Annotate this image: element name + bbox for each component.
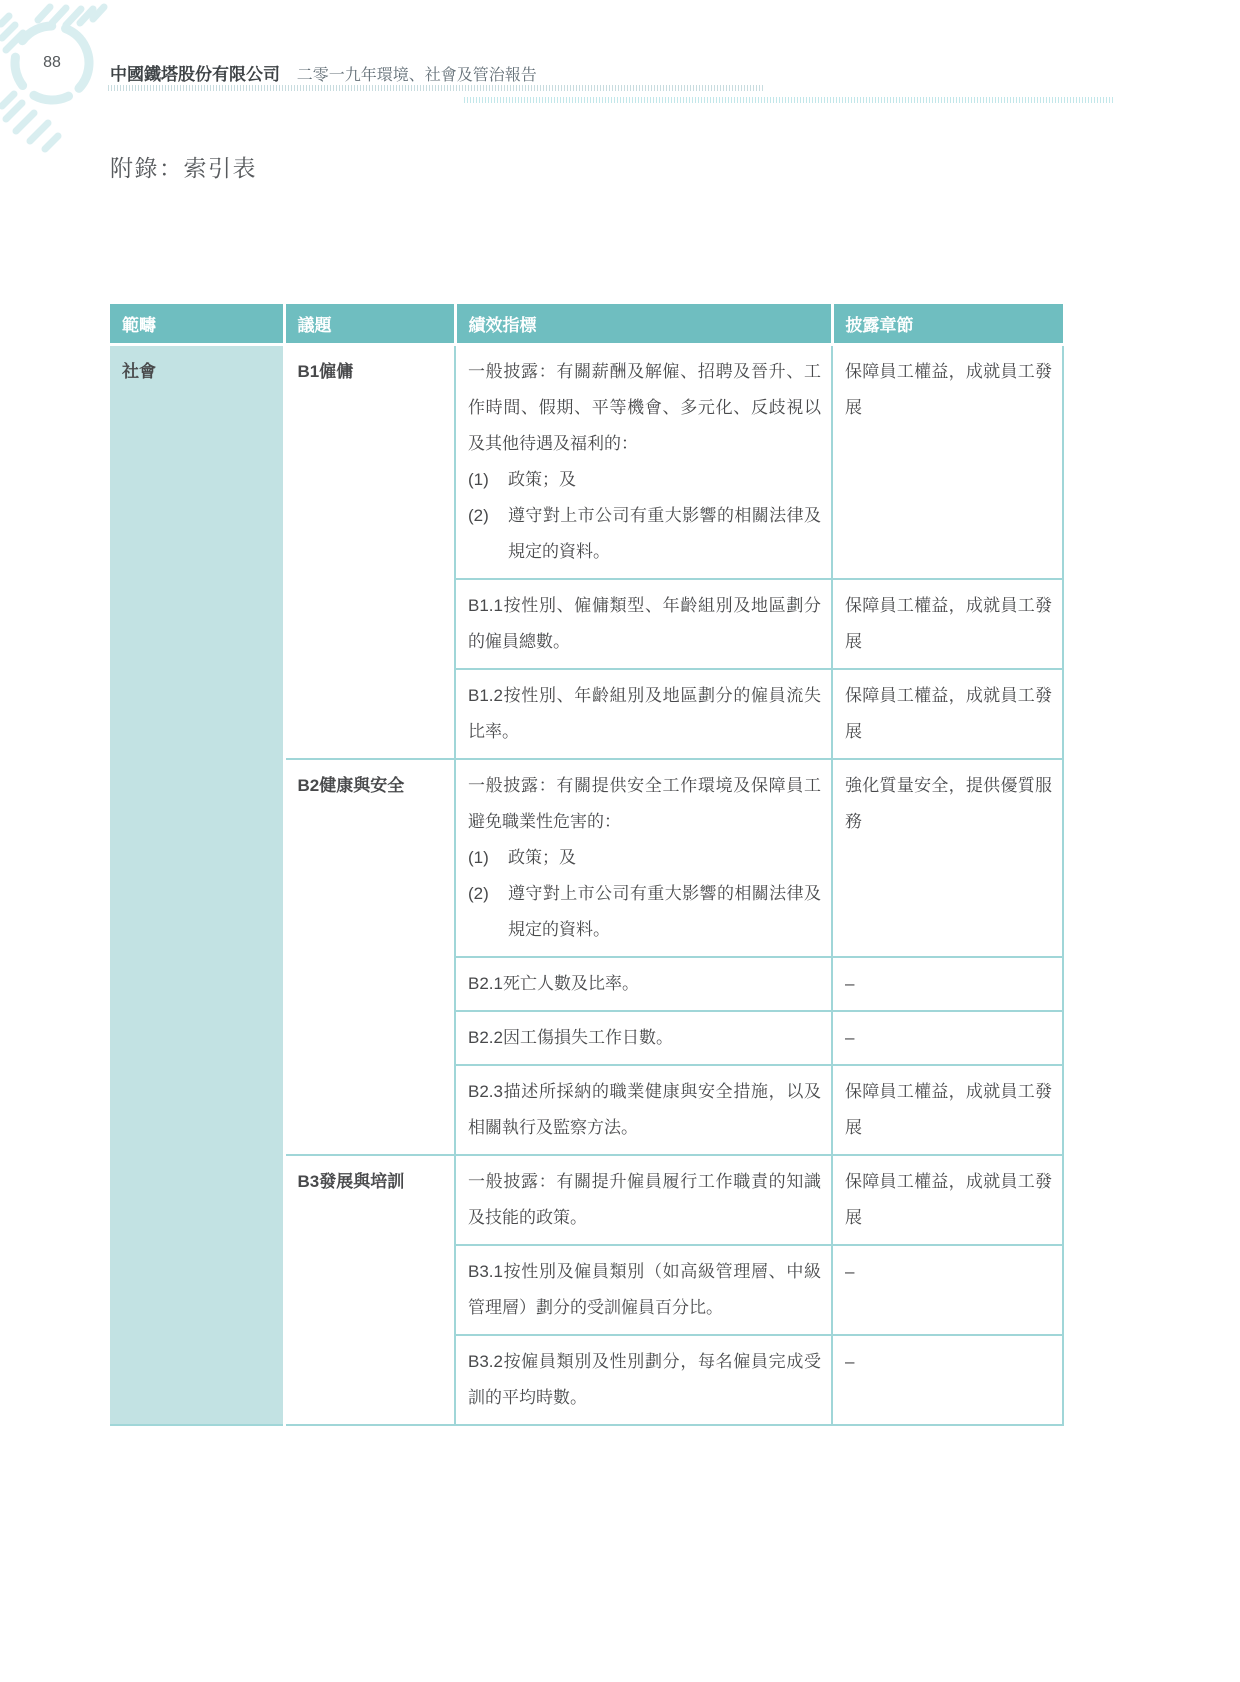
col-header-disclosure: 披露章節: [832, 304, 1063, 344]
kpi-cell-b3-general: 一般披露：有關提升僱員履行工作職責的知識及技能的政策。: [455, 1155, 832, 1245]
disclosure-cell: 保障員工權益，成就員工發展: [832, 669, 1063, 759]
col-header-kpi: 績效指標: [455, 304, 832, 344]
kpi-cell-b3-2: B3.2按僱員類別及性別劃分，每名僱員完成受訓的平均時數。: [455, 1335, 832, 1425]
page-title: 附錄：索引表: [110, 150, 257, 183]
disclosure-cell: –: [832, 1011, 1063, 1065]
kpi-cell-b2-1: B2.1死亡人數及比率。: [455, 957, 832, 1011]
disclosure-cell: 保障員工權益，成就員工發展: [832, 344, 1063, 579]
disclosure-cell: –: [832, 1335, 1063, 1425]
report-title: 二零一九年環境、社會及管治報告: [297, 67, 537, 84]
kpi-cell-b1-2: B1.2按性別、年齡組別及地區劃分的僱員流失比率。: [455, 669, 832, 759]
disclosure-cell: 保障員工權益，成就員工發展: [832, 579, 1063, 669]
disclosure-cell: 保障員工權益，成就員工發展: [832, 1155, 1063, 1245]
report-page: 88 中國鐵塔股份有限公司 二零一九年環境、社會及管治報告 附錄：索引表 範疇 …: [0, 0, 1240, 1682]
kpi-list-item: (2)遵守對上市公司有重大影響的相關法律及規定的資料。: [468, 498, 821, 570]
topic-cell-b3: B3發展與培訓: [284, 1155, 455, 1425]
topic-cell-b1: B1僱傭: [284, 344, 455, 759]
disclosure-cell: –: [832, 1245, 1063, 1335]
header-rule-secondary: [464, 97, 1114, 103]
col-header-category: 範疇: [110, 304, 284, 344]
document-header: 中國鐵塔股份有限公司 二零一九年環境、社會及管治報告: [110, 60, 537, 85]
kpi-list-item: (1)政策；及: [468, 840, 821, 876]
kpi-cell-b2-general: 一般披露：有關提供安全工作環境及保障員工避免職業性危害的： (1)政策；及 (2…: [455, 759, 832, 957]
topic-cell-b2: B2健康與安全: [284, 759, 455, 1155]
kpi-cell-b2-2: B2.2因工傷損失工作日數。: [455, 1011, 832, 1065]
category-cell: 社會: [110, 344, 284, 1425]
kpi-intro: 一般披露：有關薪酬及解僱、招聘及晉升、工作時間、假期、平等機會、多元化、反歧視以…: [468, 354, 821, 462]
table-header-row: 範疇 議題 績效指標 披露章節: [110, 304, 1063, 344]
kpi-cell-b1-1: B1.1按性別、僱傭類型、年齡組別及地區劃分的僱員總數。: [455, 579, 832, 669]
company-name: 中國鐵塔股份有限公司: [110, 65, 280, 84]
header-rule-primary: [108, 85, 763, 91]
disclosure-cell: 保障員工權益，成就員工發展: [832, 1065, 1063, 1155]
disclosure-cell: 強化質量安全，提供優質服務: [832, 759, 1063, 957]
kpi-list-item: (1)政策；及: [468, 462, 821, 498]
kpi-cell-b2-3: B2.3描述所採納的職業健康與安全措施，以及相關執行及監察方法。: [455, 1065, 832, 1155]
kpi-list-item: (2)遵守對上市公司有重大影響的相關法律及規定的資料。: [468, 876, 821, 948]
esg-index-table: 範疇 議題 績效指標 披露章節 社會 B1僱傭 一般披露：有關薪酬及解僱、招聘及…: [110, 304, 1064, 1426]
col-header-topic: 議題: [284, 304, 455, 344]
page-number: 88: [36, 53, 68, 73]
kpi-intro: 一般披露：有關提供安全工作環境及保障員工避免職業性危害的：: [468, 768, 821, 840]
kpi-cell-b3-1: B3.1按性別及僱員類別（如高級管理層、中級管理層）劃分的受訓僱員百分比。: [455, 1245, 832, 1335]
table-row: 社會 B1僱傭 一般披露：有關薪酬及解僱、招聘及晉升、工作時間、假期、平等機會、…: [110, 344, 1063, 579]
disclosure-cell: –: [832, 957, 1063, 1011]
kpi-cell-b1-general: 一般披露：有關薪酬及解僱、招聘及晉升、工作時間、假期、平等機會、多元化、反歧視以…: [455, 344, 832, 579]
